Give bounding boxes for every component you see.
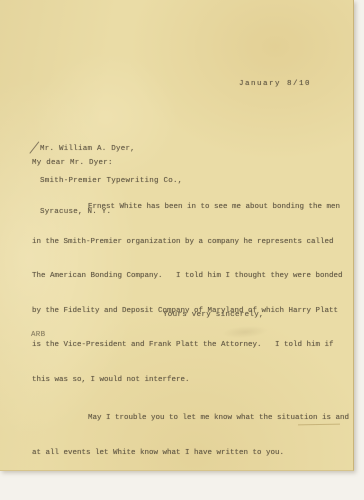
body-line: The American Bonding Company. I told him… [32, 271, 347, 285]
address-line-name: Mr. William A. Dyer, [40, 144, 183, 155]
body-line: at all events let White know what I have… [32, 448, 347, 462]
body-line: Ernest White has been in to see me about… [32, 202, 347, 216]
salutation: My dear Mr. Dyer: [32, 158, 113, 169]
scan-background: { "letter": { "date": "January 8/10", "a… [0, 0, 364, 500]
handwritten-check-mark [29, 141, 39, 154]
typist-initials: ARB [31, 330, 45, 341]
letter-paper: January 8/10 Mr. William A. Dyer, Smith-… [0, 0, 354, 471]
letter-date: January 8/10 [239, 79, 311, 90]
body-line: in the Smith-Premier organization by a c… [32, 237, 347, 251]
letter-body: Ernest White has been in to see me about… [32, 181, 347, 482]
closing-line: Yours very sincerely, [163, 310, 264, 321]
body-line: this was so, I would not interfere. [32, 375, 347, 389]
body-line: is the Vice-President and Frank Platt th… [32, 340, 347, 354]
scanned-letter: January 8/10 Mr. William A. Dyer, Smith-… [0, 0, 364, 500]
